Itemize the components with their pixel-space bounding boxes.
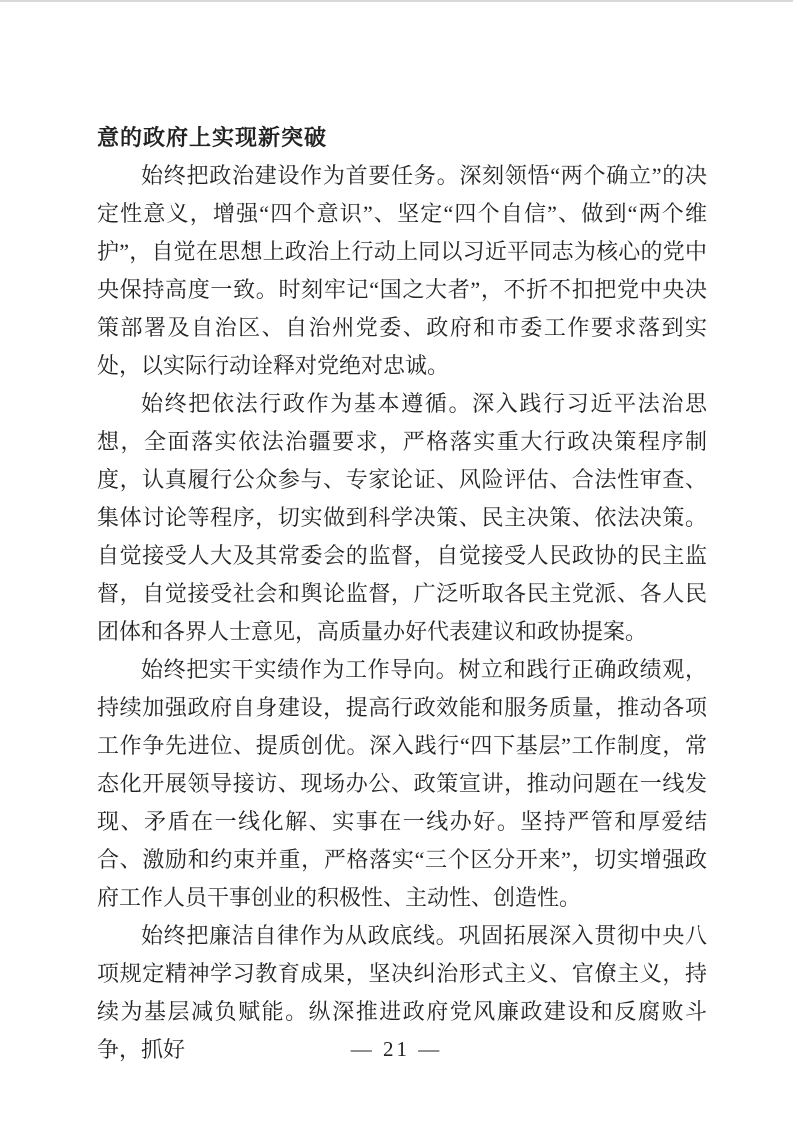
scan-edge-artifact [0, 0, 793, 2]
document-body: 意的政府上实现新突破 始终把政治建设作为首要任务。深刻领悟“两个确立”的决定性意… [97, 119, 707, 1069]
paragraph-political-building: 始终把政治建设作为首要任务。深刻领悟“两个确立”的决定性意义，增强“四个意识”、… [97, 157, 707, 385]
section-heading-continuation: 意的政府上实现新突破 [97, 119, 707, 157]
paragraph-work-orientation: 始终把实干实绩作为工作导向。树立和践行正确政绩观，持续加强政府自身建设，提高行政… [97, 651, 707, 917]
document-page: 意的政府上实现新突破 始终把政治建设作为首要任务。深刻领悟“两个确立”的决定性意… [0, 0, 793, 1122]
paragraph-law-based-administration: 始终把依法行政作为基本遵循。深入践行习近平法治思想，全面落实依法治疆要求，严格落… [97, 385, 707, 651]
page-number: — 21 — [0, 1036, 793, 1062]
